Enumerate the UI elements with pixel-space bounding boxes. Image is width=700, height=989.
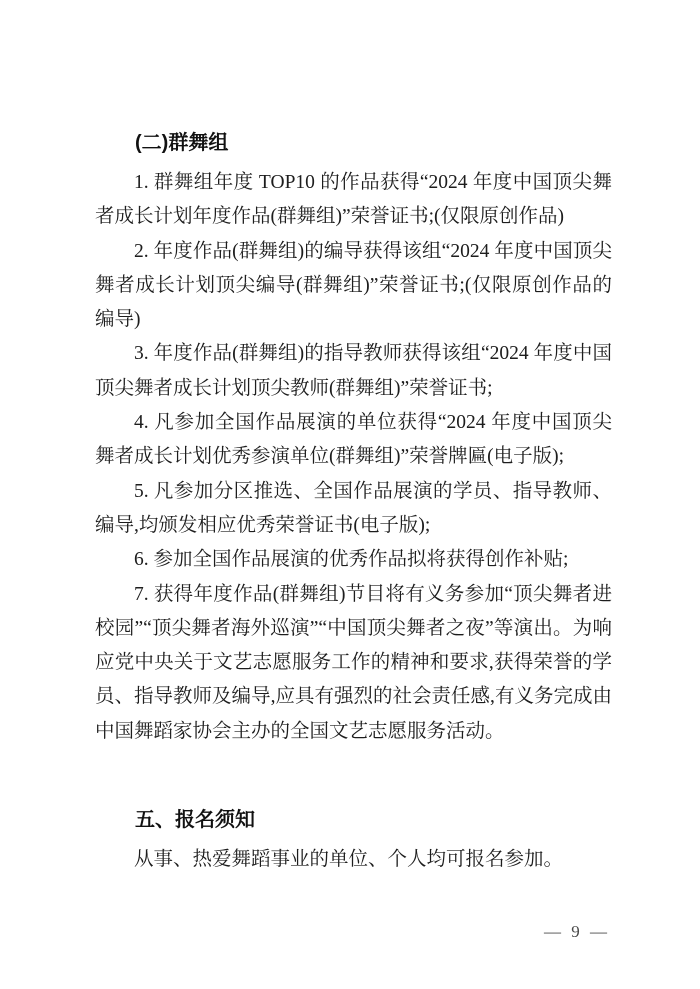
page-number-text: — 9 —	[544, 922, 610, 941]
page-number: — 9 —	[544, 922, 610, 942]
document-content: (二)群舞组 1. 群舞组年度 TOP10 的作品获得“2024 年度中国顶尖舞…	[95, 128, 612, 877]
section-heading-registration-notice: 五、报名须知	[95, 803, 612, 837]
list-item-6: 6. 参加全国作品展演的优秀作品拟将获得创作补贴;	[95, 543, 612, 577]
list-item-3: 3. 年度作品(群舞组)的指导教师获得该组“2024 年度中国顶尖舞者成长计划顶…	[95, 337, 612, 406]
list-item-4: 4. 凡参加全国作品展演的单位获得“2024 年度中国顶尖舞者成长计划优秀参演单…	[95, 406, 612, 475]
list-item-5: 5. 凡参加分区推选、全国作品展演的学员、指导教师、编导,均颁发相应优秀荣誉证书…	[95, 475, 612, 544]
subsection-heading-group-dance: (二)群舞组	[95, 128, 612, 158]
list-item-2: 2. 年度作品(群舞组)的编导获得该组“2024 年度中国顶尖舞者成长计划顶尖编…	[95, 235, 612, 338]
section-body-registration-notice: 从事、热爱舞蹈事业的单位、个人均可报名参加。	[95, 843, 612, 877]
list-item-7: 7. 获得年度作品(群舞组)节目将有义务参加“顶尖舞者进校园”“顶尖舞者海外巡演…	[95, 578, 612, 749]
list-item-1: 1. 群舞组年度 TOP10 的作品获得“2024 年度中国顶尖舞者成长计划年度…	[95, 166, 612, 235]
document-page: (二)群舞组 1. 群舞组年度 TOP10 的作品获得“2024 年度中国顶尖舞…	[0, 0, 700, 989]
